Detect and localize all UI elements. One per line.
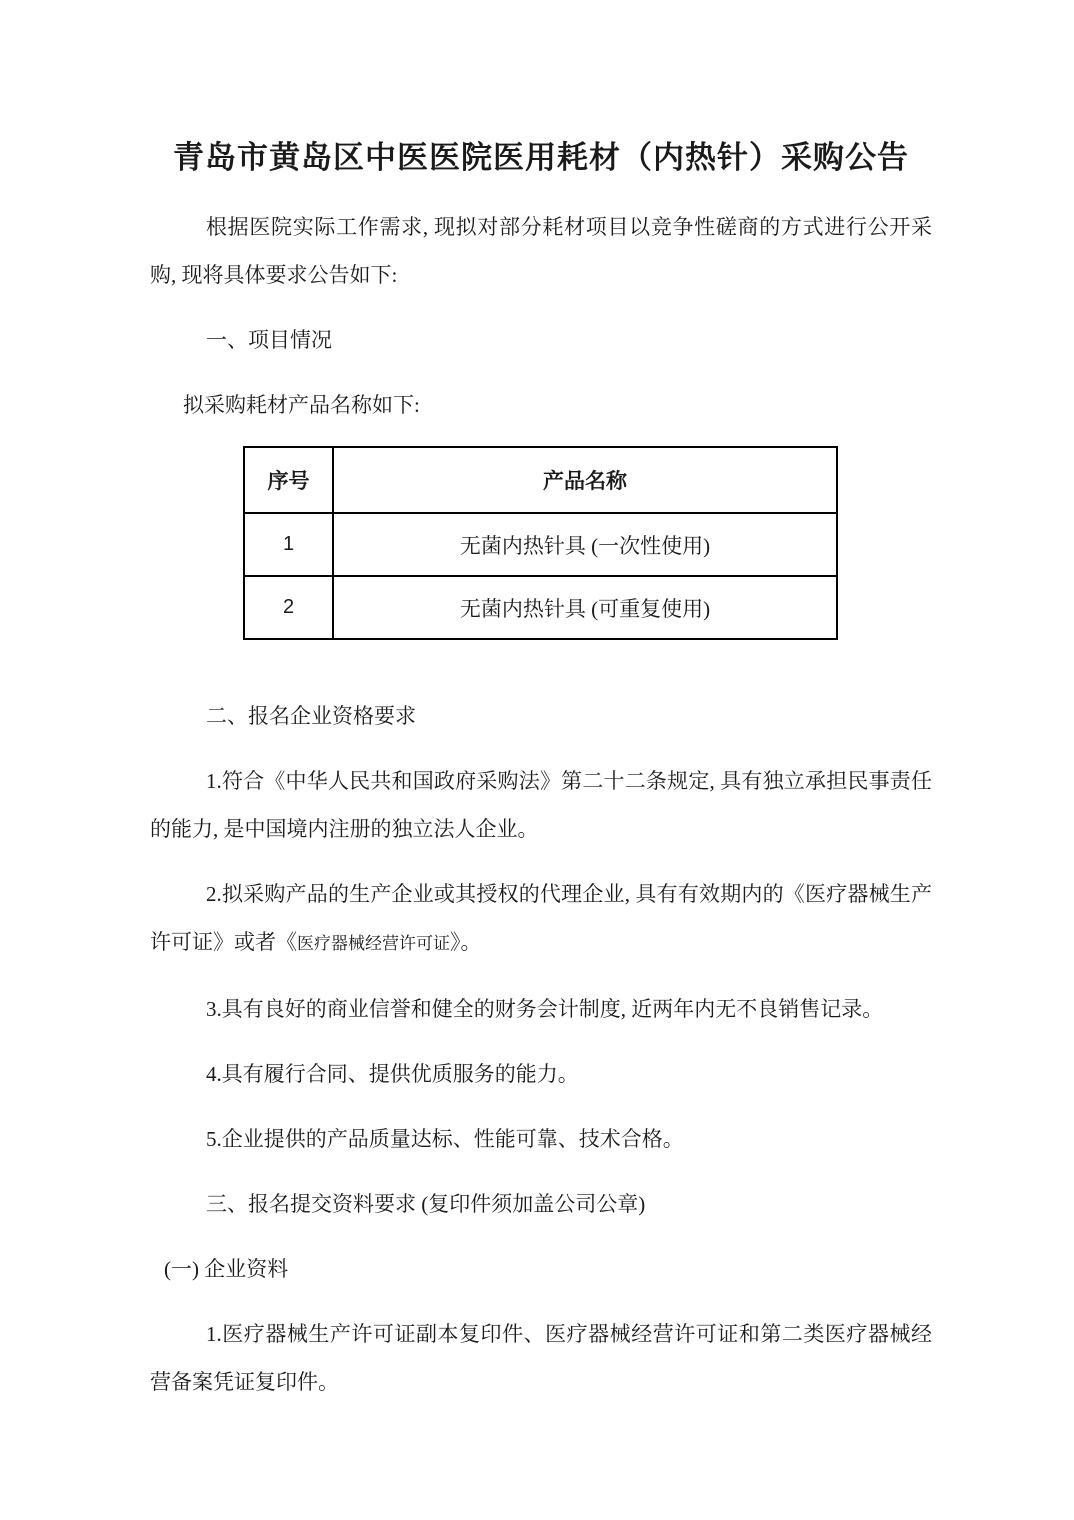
- qualification-item-5: 5.企业提供的产品质量达标、性能可靠、技术合格。: [150, 1115, 932, 1163]
- section2-heading: 二、报名企业资格要求: [150, 692, 932, 740]
- table-row: 2 无菌内热针具 (可重复使用): [244, 576, 837, 639]
- section3-heading: 三、报名提交资料要求 (复印件须加盖公司公章): [150, 1180, 932, 1228]
- materials-item-1: 1.医疗器械生产许可证副本复印件、医疗器械经营许可证和第二类医疗器械经营备案凭证…: [150, 1310, 932, 1406]
- table-cell-index: 1: [244, 513, 333, 576]
- qualification-item-2-text: 2.拟采购产品的生产企业或其授权的代理企业, 具有有效期内的《医疗器械生产许可证…: [150, 882, 932, 954]
- section1-heading: 一、项目情况: [150, 316, 932, 364]
- table-lead-text: 拟采购耗材产品名称如下:: [150, 381, 932, 429]
- qualification-item-1: 1.符合《中华人民共和国政府采购法》第二十二条规定, 具有独立承担民事责任的能力…: [150, 757, 932, 853]
- qualification-item-2: 2.拟采购产品的生产企业或其授权的代理企业, 具有有效期内的《医疗器械生产许可证…: [150, 870, 932, 968]
- product-table: 序号 产品名称 1 无菌内热针具 (一次性使用) 2 无菌内热针具 (可重复使用…: [243, 446, 838, 640]
- table-row: 1 无菌内热针具 (一次性使用): [244, 513, 837, 576]
- column-header-product-name: 产品名称: [333, 447, 837, 513]
- qualification-item-4: 4.具有履行合同、提供优质服务的能力。: [150, 1050, 932, 1098]
- qualification-item-3: 3.具有良好的商业信誉和健全的财务会计制度, 近两年内无不良销售记录。: [150, 985, 932, 1033]
- table-cell-index: 2: [244, 576, 333, 639]
- column-header-index: 序号: [244, 447, 333, 513]
- section3-sub-heading: (一) 企业资料: [150, 1245, 932, 1293]
- document-page: 青岛市黄岛区中医医院医用耗材（内热针）采购公告 根据医院实际工作需求, 现拟对部…: [0, 0, 1074, 1520]
- qualification-item-2-small-text: 医疗器械经营许可证: [297, 934, 450, 953]
- page-title: 青岛市黄岛区中医医院医用耗材（内热针）采购公告: [150, 136, 932, 179]
- qualification-item-2-text-end: 》。: [450, 930, 482, 954]
- table-cell-product-name: 无菌内热针具 (可重复使用): [333, 576, 837, 639]
- intro-paragraph: 根据医院实际工作需求, 现拟对部分耗材项目以竞争性磋商的方式进行公开采购, 现将…: [150, 203, 932, 299]
- table-cell-product-name: 无菌内热针具 (一次性使用): [333, 513, 837, 576]
- table-header-row: 序号 产品名称: [244, 447, 837, 513]
